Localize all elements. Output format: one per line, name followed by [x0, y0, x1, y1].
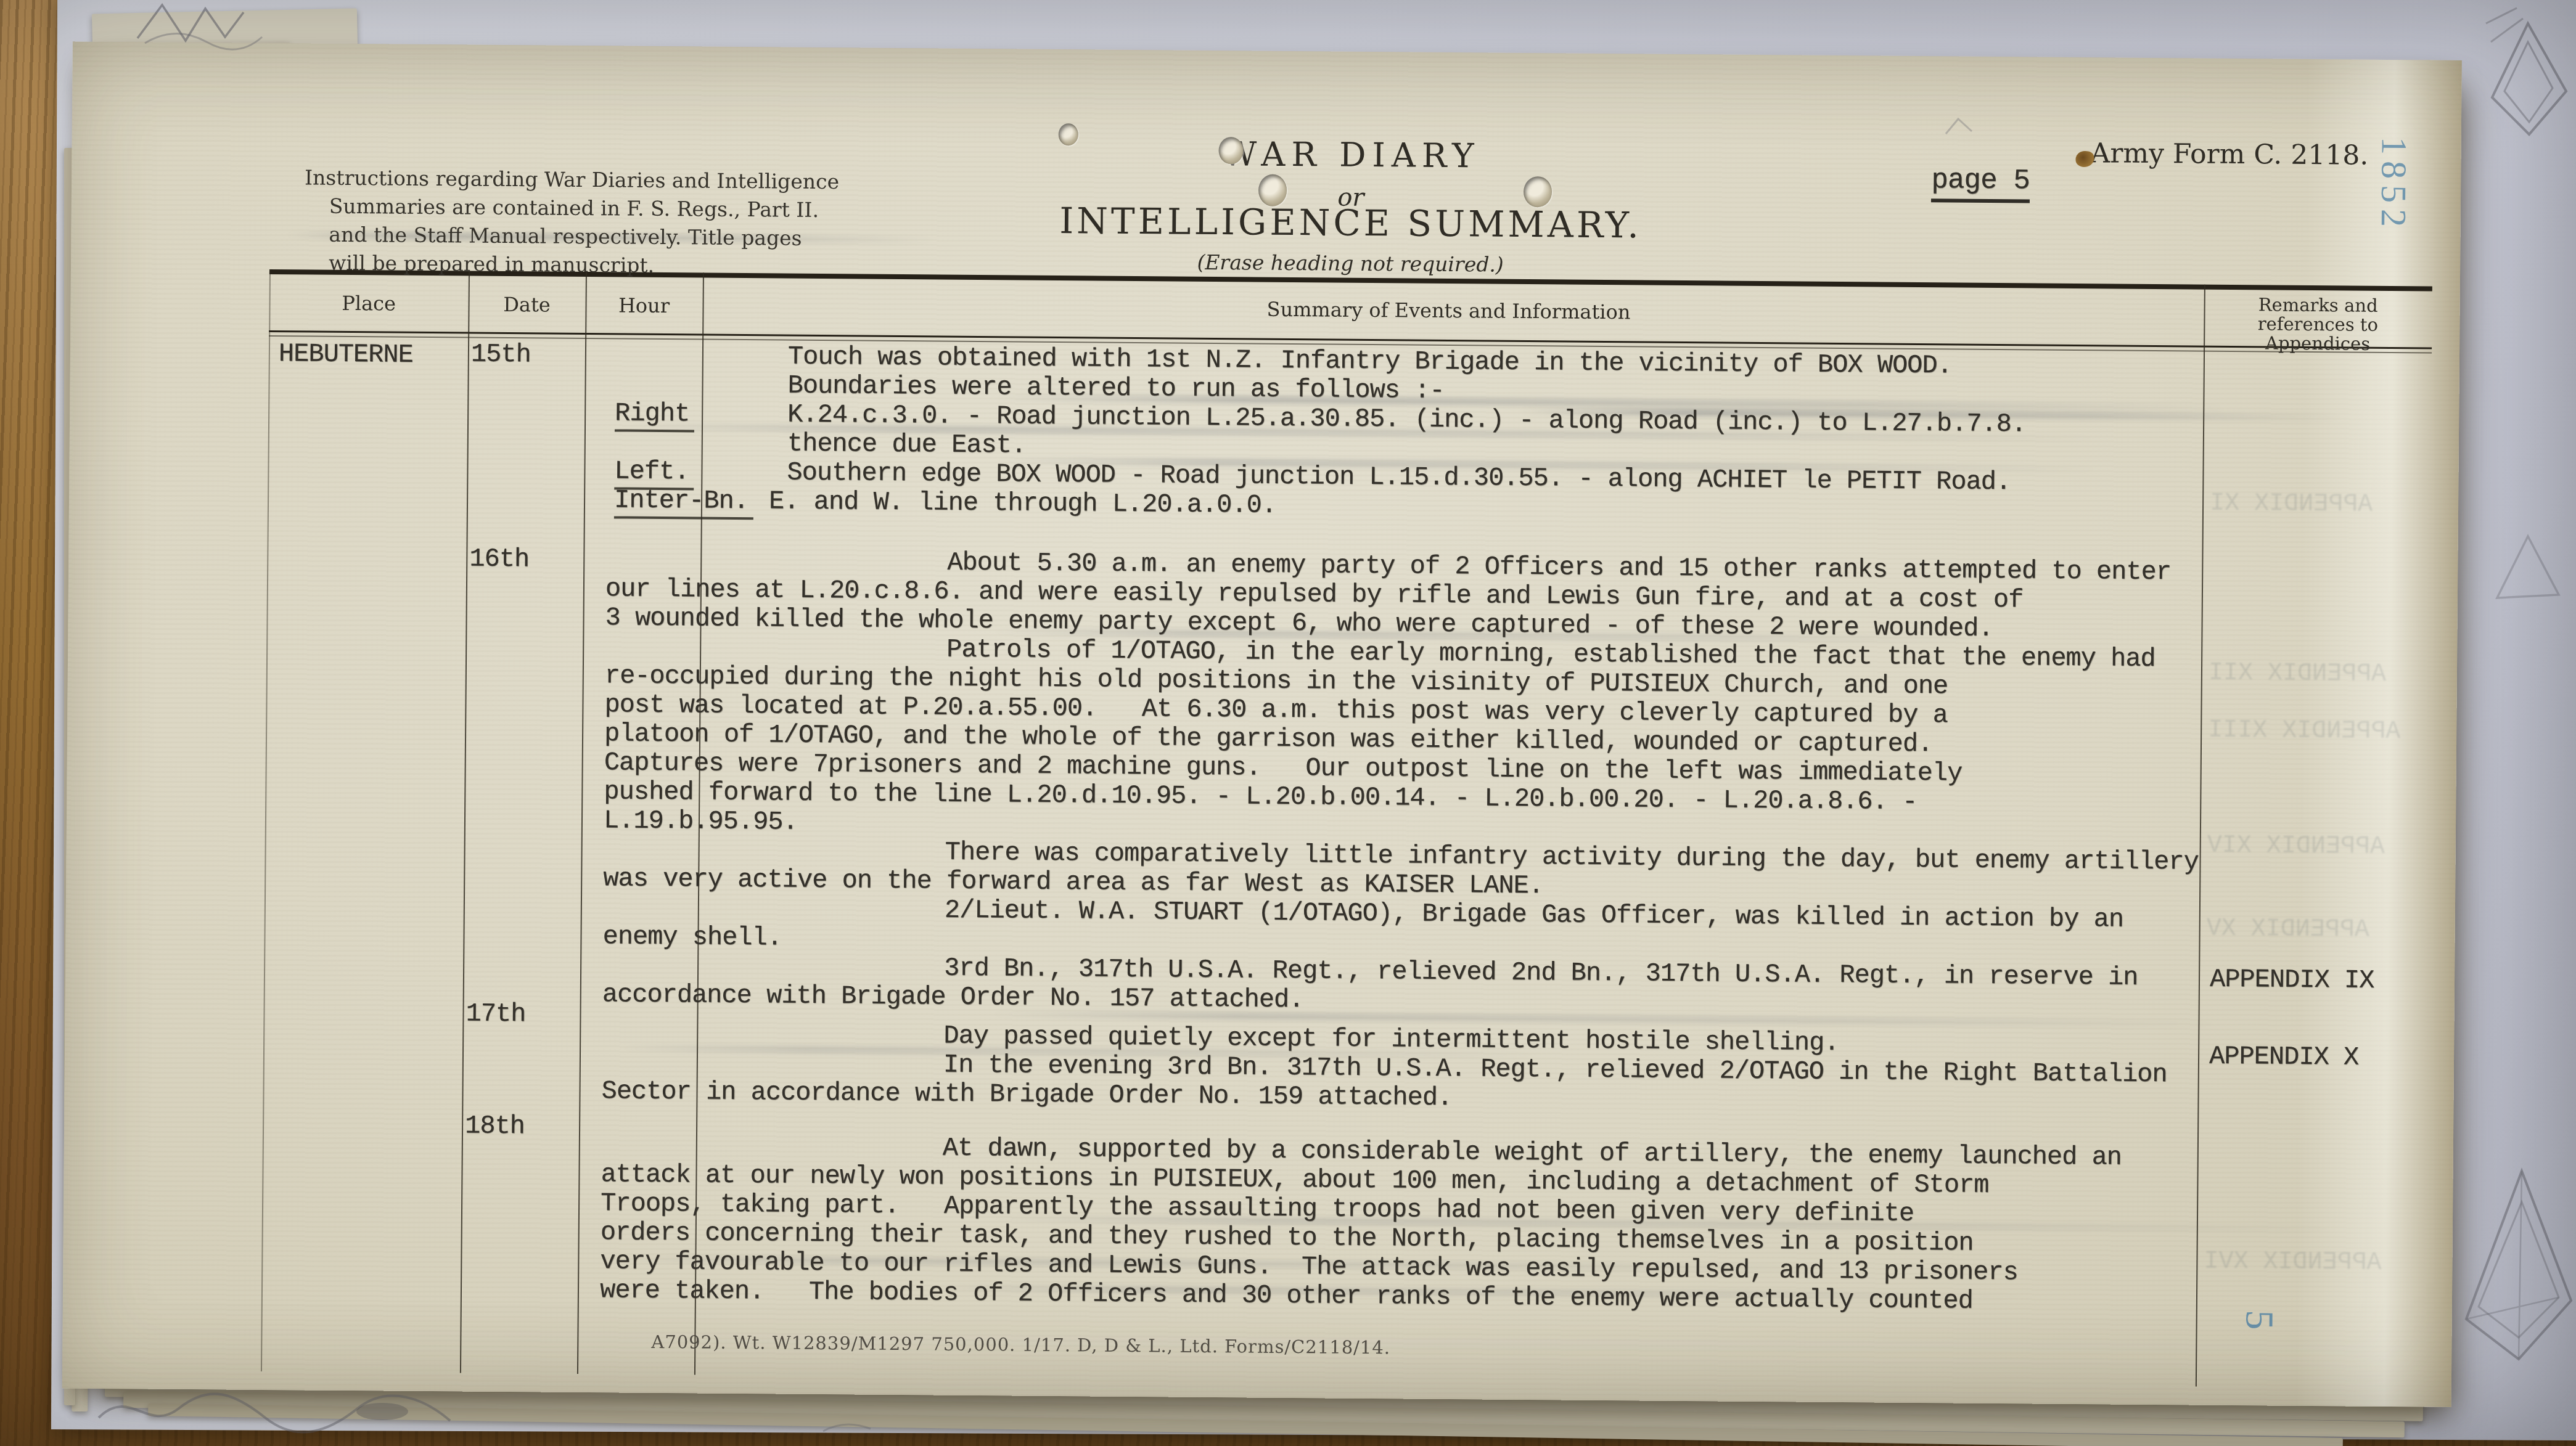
punch-hole: [1218, 137, 1243, 164]
bleed-through-appendix-ghost: APPENDIX XII: [2209, 660, 2386, 688]
page-number-typed: page 5: [1931, 164, 2030, 203]
pencil-scribble: [2485, 524, 2571, 616]
diary-line: 2/Lieut. W.A. STUART (1/OTAGO), Brigade …: [945, 896, 2123, 934]
column-line-left: [261, 269, 271, 1371]
date-cell: 18th: [465, 1111, 525, 1142]
diary-line: thence due East.: [787, 429, 1027, 460]
instructions-line: and the Staff Manual respectively. Title…: [304, 220, 839, 253]
instructions-line: Summaries are contained in F. S. Regs., …: [305, 192, 839, 224]
column-header-place: Place: [269, 291, 468, 316]
form-title: WAR DIARY: [996, 133, 1705, 177]
diary-line: L.19.b.95.95.: [604, 806, 798, 836]
diary-line: accordance with Brigade Order No. 157 at…: [602, 979, 1304, 1015]
pencil-scribble: [2480, 5, 2576, 147]
instructions-line: will be prepared in manuscript.: [304, 248, 839, 281]
pencil-scribble: [133, 0, 274, 52]
diary-line: enemy shell.: [602, 921, 782, 952]
form-title-note: (Erase heading not required.): [996, 248, 1705, 278]
column-header-remarks: Remarks and references to Appendices: [2204, 295, 2432, 354]
date-cell: 17th: [466, 999, 525, 1029]
bleed-through-appendix-ghost: APPENDIX XIII: [2208, 717, 2400, 746]
bleed-through-appendix-ghost: APPENDIX XIV: [2207, 832, 2385, 861]
diary-line: E. and W. line through L.20.a.0.0.: [769, 486, 1276, 520]
remark-appendix-entry: APPENDIX IX: [2210, 965, 2374, 995]
diary-line-lead: Right: [615, 398, 694, 432]
date-cell: 15th: [471, 340, 531, 370]
column-line-place-date: [460, 271, 470, 1373]
archive-serial-blue: 1852: [2373, 137, 2415, 234]
bleed-through-appendix-ghost: APPENDIX XI: [2210, 490, 2373, 519]
pencil-scribble: [820, 1418, 876, 1436]
date-cell: 16th: [469, 544, 529, 574]
diary-line-lead: Inter-Bn.: [614, 485, 753, 520]
photographed-war-diary-page: { "photo": { "serial_blue": "1852", "pag…: [0, 0, 2576, 1446]
page-number-blue: 5: [2237, 1310, 2283, 1330]
column-header-date: Date: [468, 293, 585, 317]
pencil-scribble: [92, 1375, 462, 1446]
remarks-header-line: Appendices: [2204, 333, 2432, 354]
pencil-scribble: [1942, 114, 1979, 141]
column-header-hour: Hour: [585, 293, 702, 317]
column-line-date-hour: [577, 272, 587, 1374]
bleed-through-appendix-ghost: APPENDIX XVI: [2204, 1248, 2381, 1277]
punch-hole: [1059, 123, 1078, 145]
form-sheet: Instructions regarding War Diaries and I…: [62, 41, 2462, 1407]
remarks-header-line: references to: [2204, 314, 2432, 335]
column-line-summary-remarks: [2196, 285, 2205, 1387]
remark-appendix-entry: APPENDIX X: [2209, 1042, 2358, 1072]
place-cell: HEBUTERNE: [279, 339, 413, 370]
army-form-number: Army Form C. 2118.: [2090, 137, 2368, 171]
printers-imprint: A7092). Wt. W12839/M1297 750,000. 1/17. …: [651, 1331, 1390, 1358]
form-title2: INTELLIGENCE SUMMARY.: [996, 199, 1705, 247]
form-instructions: Instructions regarding War Diaries and I…: [304, 163, 839, 281]
pencil-scribble: [2460, 1116, 2576, 1362]
diary-line: Sector in accordance with Brigade Order …: [601, 1076, 1452, 1113]
punch-hole: [1258, 174, 1287, 206]
column-header-summary: Summary of Events and Information: [702, 293, 2194, 329]
remarks-header-line: Remarks and: [2204, 295, 2432, 316]
punch-hole: [1524, 176, 1552, 207]
instructions-line: Instructions regarding War Diaries and I…: [305, 163, 839, 196]
bleed-through-appendix-ghost: APPENDIX XV: [2207, 915, 2369, 944]
